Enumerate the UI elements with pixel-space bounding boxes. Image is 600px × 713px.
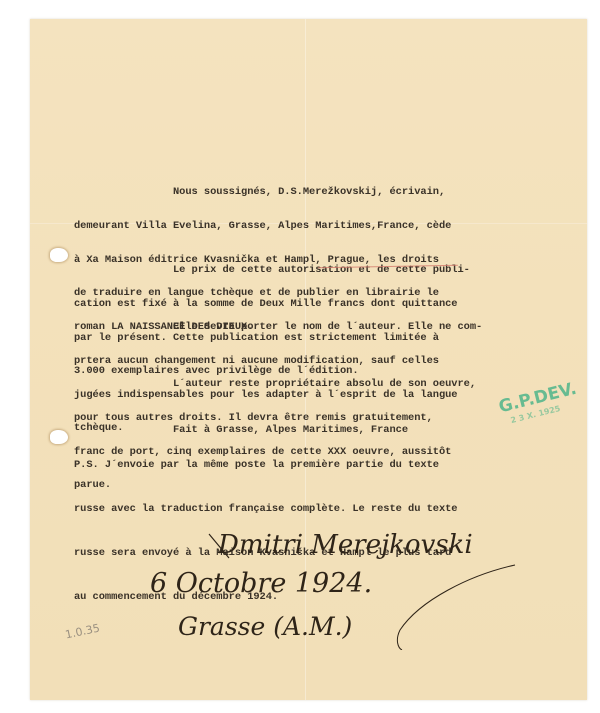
signature-text: Dmitri Merejkovski — [218, 530, 473, 560]
signature: Dmitri Merejkovski — [218, 530, 473, 560]
text-line: Elle devra porter le nom de l´auteur. El… — [74, 322, 482, 333]
date-text: 6 Octobre 1924. — [150, 568, 372, 599]
text-line: demeurant Villa Evelina, Grasse, Alpes M… — [74, 221, 451, 232]
text-line: Nous soussignés, D.S.Merežkovskij, écriv… — [74, 187, 451, 198]
signature-flourish-mark — [205, 532, 235, 562]
handwritten-place: Grasse (A.M.) — [178, 612, 352, 641]
handwritten-date: 6 Octobre 1924. — [150, 568, 372, 599]
place-text: Grasse (A.M.) — [178, 612, 352, 641]
signature-underline-flourish — [380, 560, 520, 650]
text-line: L´auteur reste propriétaire absolu de so… — [74, 379, 476, 390]
text-line: P.S. J´envoie par la même poste la premi… — [74, 455, 458, 477]
text-line: Le prix de cette autorisation et de cett… — [74, 265, 470, 276]
punch-hole-top — [50, 248, 68, 262]
text-line: russe avec la traduction française compl… — [74, 499, 458, 521]
punch-hole-bottom — [50, 430, 68, 444]
